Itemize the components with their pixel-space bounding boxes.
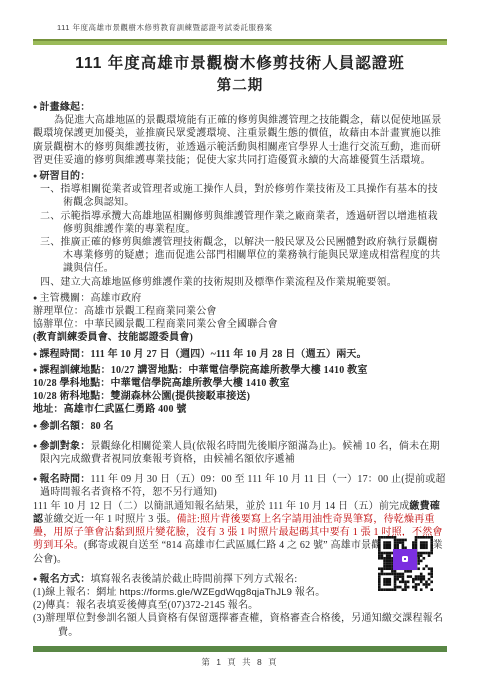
section-target: ●參訓對象：景觀綠化相關從業人員(依報名時間先後順序額滿為止)。候補 10 名，… [33, 440, 447, 466]
quota-label: 參訓名額： [39, 421, 90, 432]
bullet-icon: ● [33, 575, 37, 583]
method-item-fax: (2)傳真：報名表填妥後傳真至(07)372-2145 報名。 [33, 599, 447, 612]
item-number: 二、 [40, 211, 60, 222]
purpose-item: 二、示範指導承攬大高雄地區相關修剪與維護管理作業之廠商業者，透過研習以增進植栽修… [33, 210, 447, 236]
method-item-review: (3)辦理單位對參訓名額人員資格有保留選擇審查權，資格審查合格後，另通知繳交課程… [33, 612, 447, 638]
authority-line: ●主管機關：高雄市政府 [33, 292, 447, 305]
organizer-value: 高雄市景觀工程商業同業公會 [84, 306, 217, 317]
course-location-line: ●課程訓練地點：10/27 講習地點：中華電信學院高雄所教學大樓 1410 教室 [33, 364, 447, 377]
location-address: 地址：高雄市仁武區仁勇路 400 號 [33, 403, 447, 416]
bullet-icon: ● [33, 422, 37, 430]
location-line-1: 10/27 講習地點：中華電信學院高雄所教學大樓 1410 教室 [111, 365, 368, 376]
item-number: 三、 [40, 237, 60, 248]
co-organizer-label: 協辦單位： [33, 319, 84, 330]
plan-origin-paragraph: 為促進大高雄地區的景觀環境能有正確的修剪與維護管理之技能觀念，藉以促使地區景觀環… [33, 114, 447, 167]
course-time-label: 課程時間： [39, 349, 90, 360]
item-text: 指導相關從業者或管理者或施工操作人員，對於修剪作業技術及工具操作有基本的技術觀念… [60, 184, 437, 208]
method-1-suffix: 報名。 [292, 587, 325, 598]
location-line-3: 10/28 術科地點：雙湖森林公園(提供接駁車接送) [33, 390, 447, 403]
purpose-item: 三、推廣正確的修剪與維護管理技術觀念，以解決一般民眾及公民團體對政府執行景觀樹木… [33, 236, 447, 276]
co-organizer-line: 協辦單位：中華民國景觀工程商業同業公會全國聯合會 [33, 318, 447, 331]
course-location-label: 課程訓練地點： [39, 365, 110, 376]
purpose-item: 一、指導相關從業者或管理者或施工操作人員，對於修剪作業技術及工具操作有基本的技術… [33, 183, 447, 209]
bullet-icon: ● [33, 172, 37, 180]
course-time-value: 111 年 10 月 27 日（週四）~111 年 10 月 28 日（週五）兩… [90, 349, 366, 360]
item-text: 示範指導承攬大高雄地區相關修剪與維護管理作業之廠商業者，透過研習以增進植栽修剪與… [60, 211, 437, 235]
purpose-label: 研習目的： [39, 171, 90, 182]
section-authority: ●主管機關：高雄市政府 辦理單位：高雄市景觀工程商業同業公會 協辦單位：中華民國… [33, 292, 447, 345]
organizer-line: 辦理單位：高雄市景觀工程商業同業公會 [33, 305, 447, 318]
page-title: 111 年度高雄市景觀樹木修剪技術人員認證班 [0, 54, 480, 74]
section-course-location: ●課程訓練地點：10/27 講習地點：中華電信學院高雄所教學大樓 1410 教室… [33, 364, 447, 417]
plan-origin-label: 計畫緣起： [39, 102, 90, 113]
bullet-icon: ● [33, 103, 37, 111]
item-text: 建立大高雄地區修剪維護作業的技術規則及標準作業流程及作業規範要領。 [60, 277, 397, 288]
page-number: 第 1 頁 共 8 頁 [0, 656, 480, 668]
authority-label: 主管機關： [39, 293, 90, 304]
purpose-item: 四、建立大高雄地區修剪維護作業的技術規則及標準作業流程及作業規範要領。 [33, 276, 447, 289]
location-line-2: 10/28 學科地點：中華電信學院高雄所教學大樓 1410 教室 [33, 377, 447, 390]
item-text: 推廣正確的修剪與維護管理技術觀念，以解決一般民眾及公民團體對政府執行景觀樹木專業… [60, 237, 440, 274]
registration-qr-code [378, 536, 433, 591]
bullet-icon: ● [33, 475, 37, 483]
target-label: 參訓對象： [39, 441, 90, 452]
method-1-prefix: (1)線上報名：網址 [33, 587, 119, 598]
authority-value: 高雄市政府 [90, 293, 141, 304]
target-value: 景觀綠化相關從業人員(依報名時間先後順序額滿為止)。候補 10 名，倘未在期限內… [40, 441, 440, 465]
register-time-value: 111 年 09 月 30 日（五）09：00 至 111 年 10 月 11 … [40, 474, 446, 498]
section-purpose: ●研習目的： 一、指導相關從業者或管理者或施工操作人員，對於修剪作業技術及工具操… [33, 170, 447, 289]
bullet-icon: ● [33, 350, 37, 358]
quota-value: 80 名 [90, 421, 113, 432]
top-divider-bar [33, 39, 447, 45]
bullet-icon: ● [33, 366, 37, 374]
register-method-label: 報名方式： [39, 574, 90, 585]
bottom-divider-bar [33, 646, 447, 652]
register-time-label: 報名時間： [39, 474, 90, 485]
section-quota: ●參訓名額：80 名 [33, 420, 447, 433]
organizer-label: 辦理單位： [33, 306, 84, 317]
document-header-note: 111 年度高雄市景觀樹木修剪教育訓練暨認證考試委託服務案 [57, 22, 447, 33]
page-subtitle: 第二期 [0, 77, 480, 95]
notice-prefix: 111 年 10 月 12 日（二）以簡訊通知報名結果，並於 111 年 10 … [33, 501, 409, 512]
committee-line: (教育訓練委員會、技能認證委員會) [33, 331, 447, 344]
registration-url: https://forms.gle/WZEgdWqg8qjaThJL9 [119, 587, 292, 598]
co-organizer-value: 中華民國景觀工程商業同業公會全國聯合會 [84, 319, 278, 330]
item-number: 四、 [40, 277, 60, 288]
notice-mid: 並繳交近一年 1 吋照片 3 張。 [43, 514, 176, 525]
bullet-icon: ● [33, 294, 37, 302]
section-register-time: ●報名時間：111 年 09 月 30 日（五）09：00 至 111 年 10… [33, 473, 447, 499]
register-method-intro: 填寫報名表後請於截止時間前擇下列方式報名: [90, 574, 297, 585]
section-plan-origin: ●計畫緣起： 為促進大高雄地區的景觀環境能有正確的修剪與維護管理之技能觀念，藉以… [33, 101, 447, 167]
section-course-time: ●課程時間：111 年 10 月 27 日（週四）~111 年 10 月 28 … [33, 348, 447, 361]
bullet-icon: ● [33, 442, 37, 450]
item-number: 一、 [40, 184, 60, 195]
document-page: 111 年度高雄市景觀樹木修剪教育訓練暨認證考試委託服務案 111 年度高雄市景… [0, 0, 480, 679]
